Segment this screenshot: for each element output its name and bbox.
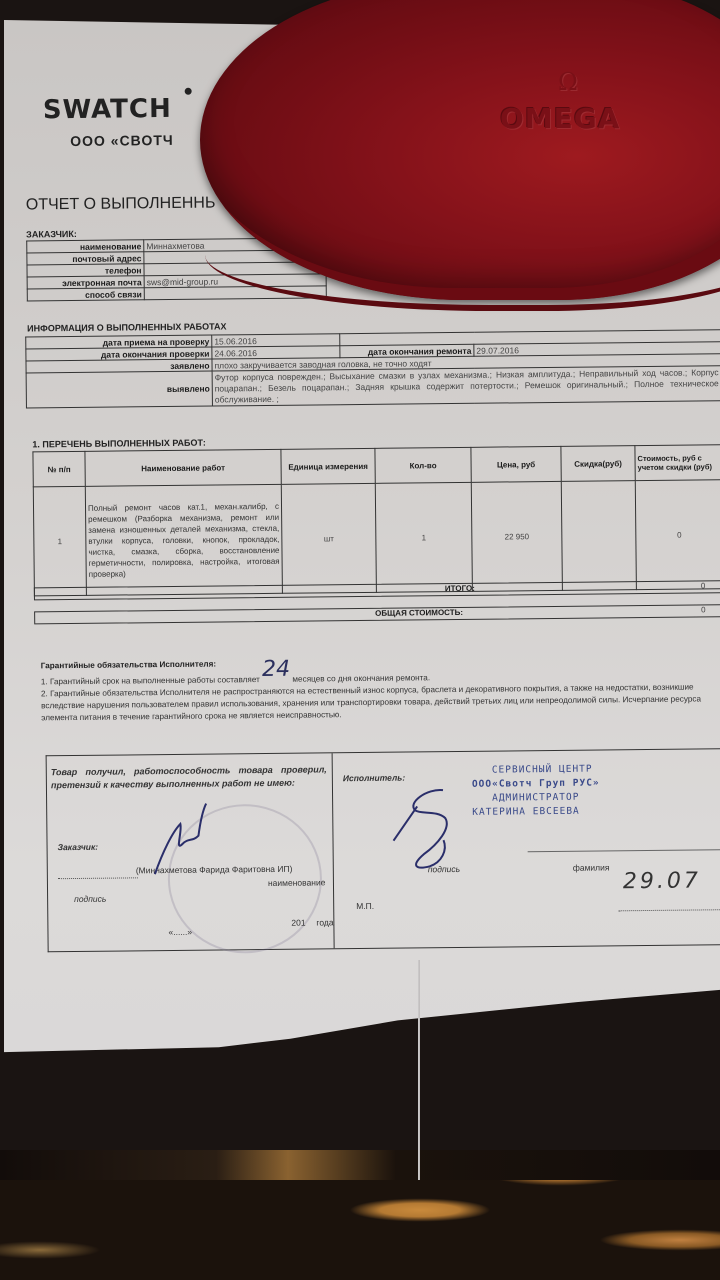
works-column-header: № п/п <box>33 451 85 487</box>
works-cell-discount <box>561 481 636 591</box>
date-year-text: 201 <box>291 918 305 928</box>
customer-signature <box>142 801 223 882</box>
acceptance-statement: Товар получил, работоспособность товара … <box>51 763 327 792</box>
works-column-header: Скидка(руб) <box>561 446 635 482</box>
customer-section-label: ЗАКАЗЧИК: <box>26 229 77 240</box>
work-info-section-label: ИНФОРМАЦИЯ О ВЫПОЛНЕННЫХ РАБОТАХ <box>27 321 226 333</box>
grand-total-label: ОБЩАЯ СТОИМОСТЬ: <box>375 608 463 618</box>
customer-label: Заказчик: <box>58 842 99 852</box>
omega-brand-logo: OMEGA <box>500 102 620 135</box>
executor-label: Исполнитель: <box>343 773 405 784</box>
warranty-months-handwritten: 24 <box>262 657 290 682</box>
works-cell-name: Полный ремонт часов кат.1, механ.калибр,… <box>85 484 282 595</box>
works-cell-unit: шт <box>281 483 376 593</box>
name-caption: наименование <box>268 877 326 888</box>
works-cell-price: 22 950 <box>471 481 562 591</box>
logo-dot-icon <box>185 88 192 95</box>
works-column-header: Стоимость, руб с учетом скидки (руб) <box>635 445 720 481</box>
handwritten-date: 29.07 <box>623 868 701 894</box>
works-section-label: 1. ПЕРЕЧЕНЬ ВЫПОЛНЕННЫХ РАБОТ: <box>32 438 206 450</box>
works-column-header: Кол-во <box>375 447 471 483</box>
customer-sign-caption: подпись <box>74 894 106 904</box>
grand-total-value: 0 <box>701 605 706 614</box>
date-day-placeholder: «......» <box>168 927 192 937</box>
grand-total-row: ОБЩАЯ СТОИМОСТЬ: 0 <box>34 604 720 624</box>
works-cell-num: 1 <box>33 486 86 596</box>
found-value: Футор корпуса поврежден.; Высыхание смаз… <box>212 366 720 406</box>
subtotal-value: 0 <box>701 581 706 590</box>
work-info-table: дата приема на проверку 15.06.2016 дата … <box>25 329 720 408</box>
omega-symbol-icon: Ω <box>558 68 578 96</box>
warranty-line1-after: месяцев со дня окончания ремонта. <box>292 673 430 683</box>
warranty-terms: Гарантийные обязательства Исполнителя: 1… <box>41 653 720 724</box>
works-column-header: Наименование работ <box>85 449 281 486</box>
warranty-heading: Гарантийные обязательства Исполнителя: <box>41 660 217 671</box>
company-name: ООО «СВОТЧ <box>70 132 174 149</box>
warranty-line3: 2. Гарантийные обязательства Исполнителя… <box>41 681 720 724</box>
works-cell-cost: 0 <box>635 480 720 590</box>
service-center-stamp: СЕРВИСНЫЙ ЦЕНТР ООО«Свотч Груп РУС» АДМИ… <box>472 763 600 820</box>
surname-caption: фамилия <box>573 862 610 872</box>
found-label: выявлено <box>26 371 212 408</box>
document-title: ОТЧЕТ О ВЫПОЛНЕННЬ <box>26 194 216 214</box>
subtotal-label: ИТОГО: <box>445 584 475 593</box>
works-column-header: Цена, руб <box>471 446 561 482</box>
executor-signature <box>387 784 468 875</box>
works-cell-qty: 1 <box>375 482 472 592</box>
works-table-row: 1Полный ремонт часов кат.1, механ.калибр… <box>33 480 720 596</box>
warranty-line1-before: 1. Гарантийный срок на выполненные работ… <box>41 675 260 686</box>
swatch-logo: SWATCH <box>43 94 172 125</box>
works-table: № п/пНаименование работЕдиница измерения… <box>32 444 720 596</box>
works-column-header: Единица измерения <box>281 448 375 484</box>
seal-label: М.П. <box>356 901 374 911</box>
customer-field-label: способ связи <box>27 288 144 301</box>
date-year-suffix: года <box>316 917 333 927</box>
